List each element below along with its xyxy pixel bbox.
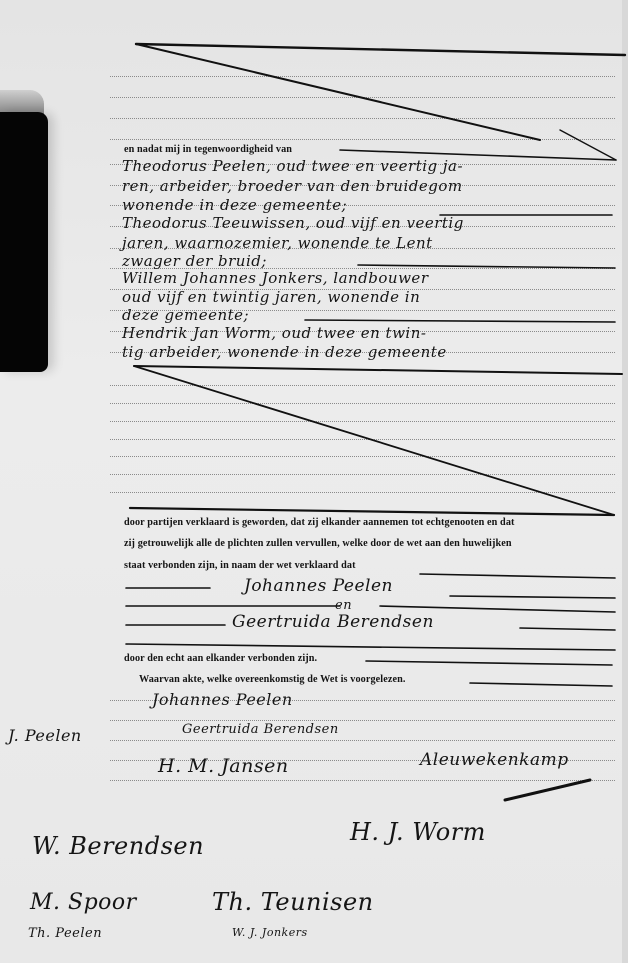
signature-m-spoor: M. Spoor <box>30 890 137 915</box>
strikeout-lines <box>0 0 628 963</box>
witness-1-line-3: wonende in deze gemeente; <box>122 196 347 214</box>
witness-3-line-1: Willem Johannes Jonkers, landbouwer <box>122 269 428 287</box>
signature-bride: Geertruida Berendsen <box>182 722 339 737</box>
witness-3-line-3: deze gemeente; <box>122 306 249 324</box>
signature-berendsen: W. Berendsen <box>32 832 204 860</box>
witness-1-line-1: Theodorus Peelen, oud twee en veertig ja… <box>122 157 463 175</box>
witness-intro-text: en nadat mij in tegenwoordigheid van <box>124 144 292 155</box>
signature-th-peelen: Th. Peelen <box>28 926 102 941</box>
witness-2-line-2: jaren, waarnozemier, wonende te Lent <box>122 234 433 252</box>
signature-groom: Johannes Peelen <box>152 690 293 709</box>
signature-official-2: Aleuwekenkamp <box>420 750 569 770</box>
declaration-line-1: door partijen verklaard is geworden, dat… <box>124 517 515 528</box>
witness-4-line-1: Hendrik Jan Worm, oud twee en twin- <box>122 324 426 342</box>
witness-3-line-2: oud vijf en twintig jaren, wonende in <box>122 288 420 306</box>
conjunction-en: en <box>335 598 352 613</box>
declaration-line-2: zij getrouwelijk alle de plichten zullen… <box>124 538 512 549</box>
signature-j-peelen: J. Peelen <box>8 726 82 745</box>
signature-h-j-worm: H. J. Worm <box>350 818 486 846</box>
document-page: en nadat mij in tegenwoordigheid van The… <box>0 0 628 963</box>
groom-name: Johannes Peelen <box>244 576 393 596</box>
signature-th-teunisen: Th. Teunisen <box>212 888 374 916</box>
signature-w-j-jonkers: W. J. Jonkers <box>232 926 308 939</box>
declaration-line-3: staat verbonden zijn, in naam der wet ve… <box>124 560 356 571</box>
witness-1-line-2: ren, arbeider, broeder van den bruidegom <box>122 177 463 195</box>
witness-4-line-2: tig arbeider, wonende in deze gemeente <box>122 343 447 361</box>
witness-2-line-1: Theodorus Teeuwissen, oud vijf en veerti… <box>122 214 464 232</box>
united-text: door den echt aan elkander verbonden zij… <box>124 653 317 664</box>
bride-name: Geertruida Berendsen <box>232 612 434 632</box>
witness-2-line-3: zwager der bruid; <box>122 252 267 270</box>
read-aloud-text: Waarvan akte, welke overeenkomstig de We… <box>139 674 405 685</box>
signature-official-1: H. M. Jansen <box>158 755 289 777</box>
